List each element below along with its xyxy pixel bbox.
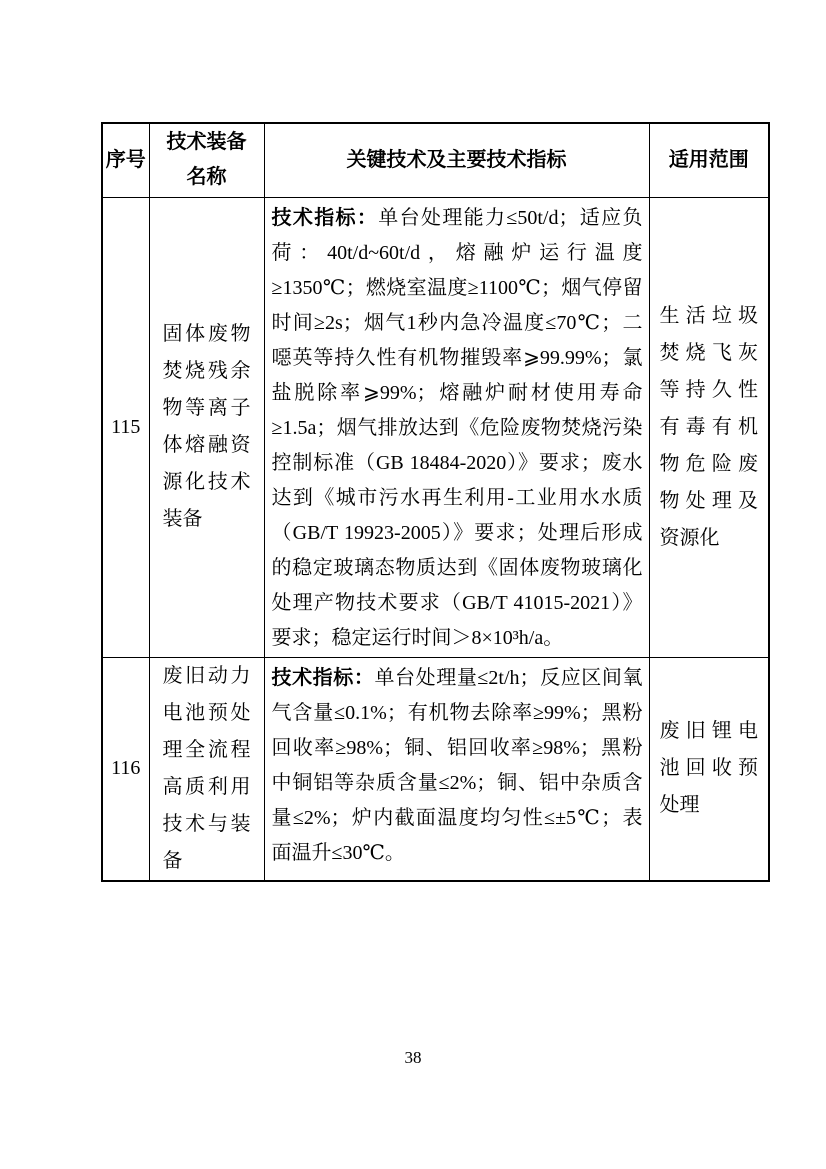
indicators-paragraph: 技术指标：单台处理量≤2t/h；反应区间氧气含量≤0.1%；有机物去除率≥99%… xyxy=(272,661,643,871)
table-header-row: 序号 技术装备名称 关键技术及主要技术指标 适用范围 xyxy=(102,123,769,197)
indicator-text: 单台处理能力≤50t/d；适应负荷：40t/d~60t/d，熔融炉运行温度≥13… xyxy=(272,207,643,649)
indicators-cell: 技术指标：单台处理量≤2t/h；反应区间氧气含量≤0.1%；有机物去除率≥99%… xyxy=(264,657,649,881)
column-header-indicators: 关键技术及主要技术指标 xyxy=(264,123,649,197)
column-header-scope: 适用范围 xyxy=(649,123,769,197)
column-header-serial: 序号 xyxy=(102,123,149,197)
equipment-spec-table: 序号 技术装备名称 关键技术及主要技术指标 适用范围 115 固体废物焚烧残余物… xyxy=(101,122,770,882)
indicator-label: 技术指标： xyxy=(272,667,375,689)
equipment-name-cell: 固体废物焚烧残余物等离子体熔融资源化技术装备 xyxy=(149,197,264,657)
scope-cell: 废旧锂电池回收预处理 xyxy=(649,657,769,881)
document-page: 序号 技术装备名称 关键技术及主要技术指标 适用范围 115 固体废物焚烧残余物… xyxy=(0,0,826,1169)
indicator-label: 技术指标： xyxy=(272,207,379,229)
indicators-cell: 技术指标：单台处理能力≤50t/d；适应负荷：40t/d~60t/d，熔融炉运行… xyxy=(264,197,649,657)
indicators-paragraph: 技术指标：单台处理能力≤50t/d；适应负荷：40t/d~60t/d，熔融炉运行… xyxy=(272,201,643,656)
indicator-text: 单台处理量≤2t/h；反应区间氧气含量≤0.1%；有机物去除率≥99%；黑粉回收… xyxy=(272,667,643,864)
equipment-name-cell: 废旧动力电池预处理全流程高质利用技术与装备 xyxy=(149,657,264,881)
serial-number-cell: 115 xyxy=(102,197,149,657)
column-header-equipment-name: 技术装备名称 xyxy=(149,123,264,197)
table-row: 115 固体废物焚烧残余物等离子体熔融资源化技术装备 技术指标：单台处理能力≤5… xyxy=(102,197,769,657)
page-number: 38 xyxy=(0,1048,826,1068)
serial-number-cell: 116 xyxy=(102,657,149,881)
table-row: 116 废旧动力电池预处理全流程高质利用技术与装备 技术指标：单台处理量≤2t/… xyxy=(102,657,769,881)
scope-cell: 生活垃圾焚烧飞灰等持久性有毒有机物危险废物处理及资源化 xyxy=(649,197,769,657)
